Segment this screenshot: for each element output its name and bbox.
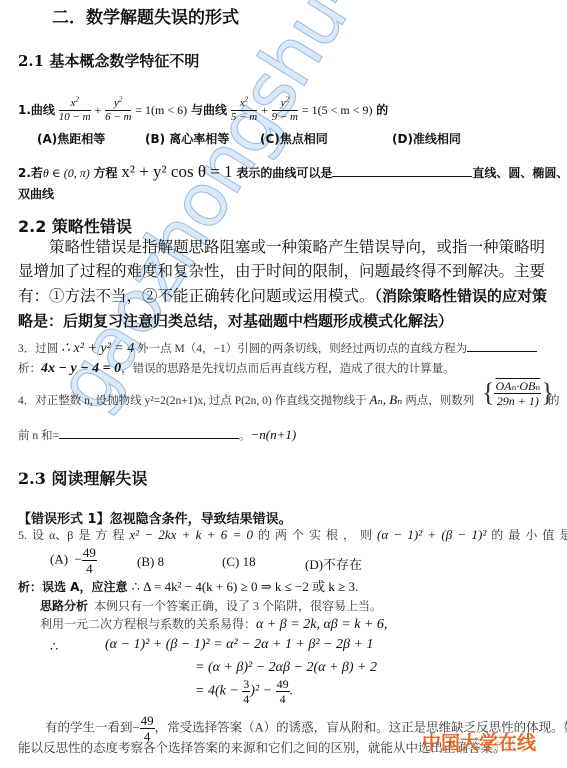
q3-circle-eq: ∴ x² + y² = 4: [61, 341, 134, 356]
question-1: 1.曲线 x210 − m + y26 − m = 1(m < 6) 与曲线 x…: [18, 98, 388, 123]
q2-mid: 方程: [94, 166, 118, 180]
q3-answer-blank: [467, 351, 537, 352]
q1-option-d: (D)准线相同: [392, 130, 461, 147]
heading-2-1: 2.1 基本概念数学特征不明: [18, 50, 199, 71]
q5-analysis: 析：误选 A，应注意 ∴ Δ = 4k² − 4(k + 6) ≥ 0 ⇒ k …: [18, 576, 358, 595]
q2-theta-condition: θ ∈ (0, π): [43, 166, 90, 180]
q1-option-a: (A)焦距相等: [37, 130, 105, 147]
q2-answer-line2: 双曲线: [18, 185, 54, 202]
q1-mid: 与曲线: [191, 103, 227, 117]
vieta-line: 利用一元二次方程根与系数的关系易得：α + β = 2k, αβ = k + 6…: [40, 615, 387, 633]
q2-suffix: 表示的曲线可以是: [236, 166, 332, 180]
q5-option-c: (C) 18: [222, 554, 256, 570]
q4-points: Aₙ, Bₙ: [370, 392, 403, 407]
q3-answer-eq: 4x − y − 4 = 0: [41, 361, 121, 376]
q1-frac-y2: y29 − m: [272, 98, 298, 123]
q4-answer: −n(n+1): [251, 427, 297, 442]
section-title: 二．数学解题失误的形式: [52, 3, 239, 28]
q3-analysis: 析：4x − y − 4 = 0，错误的思路是先找切点而后再直线方程，造成了很大…: [18, 360, 455, 377]
error-form-1: 【错误形式 1】忽视隐含条件，导致结果错误。: [18, 508, 292, 527]
vieta-eq: α + β = 2k, αβ = k + 6,: [256, 617, 387, 632]
q5-discriminant: ∴ Δ = 4k² − 4(k + 6) ≥ 0 ⇒ k ≤ −2 或 k ≥ …: [132, 579, 359, 594]
question-4: 4．对正整数 n, 设抛物线 y²=2(2n+1)x, 过点 P(2n, 0) …: [18, 392, 474, 408]
idea-analysis: 思路分析 本例只有一个答案正确，设了 3 个陷阱，很容易上当。: [40, 597, 382, 614]
q2-equation: x² + y² cos θ = 1: [121, 162, 232, 181]
question-2: 2.若θ ∈ (0, π) 方程 x² + y² cos θ = 1 表示的曲线…: [18, 162, 567, 182]
q5-expression: (α − 1)² + (β − 1)²: [377, 527, 486, 542]
q4-sequence-fraction: {OAₙ·OBₙ29n + 1)}: [482, 378, 554, 408]
q5-option-a: (A) −494: [50, 546, 97, 575]
q1-frac-y1: y26 − m: [105, 98, 131, 123]
q1-eq2-condition: = 1(5 < m < 9): [302, 103, 373, 117]
q1-prefix: 1.曲线: [18, 103, 55, 117]
logo-text: 中国大学在线: [422, 728, 536, 755]
q4-answer-blank: [59, 438, 239, 439]
q1-eq1-condition: = 1(m < 6): [135, 103, 187, 117]
q1-option-b: (B) 离心率相等: [145, 130, 229, 147]
q2-answer: 直线、圆、椭圆、: [472, 166, 567, 180]
strategy-paragraph: 策略性错误是指解题思路阻塞或一种策略产生错误导向，或指一种策略明显增加了过程的难…: [18, 236, 558, 334]
question-3: 3．过圆 ∴ x² + y² = 4 外一点 M（4，−1）引圆的两条切线，则经…: [18, 340, 537, 357]
q4-line2: 前 n 和=。−n(n+1): [18, 427, 296, 443]
q1-option-c: (C)焦点相同: [260, 130, 328, 147]
therefore-symbol: ∴: [50, 639, 58, 655]
question-5: 5. 设 α、β 是 方 程 x² − 2kx + k + 6 = 0 的 两 …: [18, 526, 567, 543]
q1-frac-x1: x210 − m: [59, 98, 91, 123]
q4-suffix: 的: [548, 392, 560, 408]
derivation-step-2: = (α + β)² − 2αβ − 2(α + β) + 2: [195, 660, 377, 676]
q2-answer-blank: [332, 176, 472, 177]
q5-equation: x² − 2kx + k + 6 = 0: [129, 527, 253, 542]
heading-2-3: 2.3 阅读理解失误: [18, 466, 147, 489]
derivation-step-3: = 4(k − 34)² − 494.: [195, 678, 293, 705]
derivation-step-1: (α − 1)² + (β − 1)² = α² − 2α + 1 + β² −…: [105, 637, 373, 653]
heading-2-2: 2.2 策略性错误: [18, 214, 132, 237]
q2-prefix: 2.若: [18, 166, 43, 180]
q5-option-d: (D)不存在: [305, 554, 362, 573]
q1-frac-x2: x25 − m: [231, 98, 257, 123]
q1-suffix: 的: [376, 103, 388, 117]
q5-option-b: (B) 8: [137, 554, 164, 570]
